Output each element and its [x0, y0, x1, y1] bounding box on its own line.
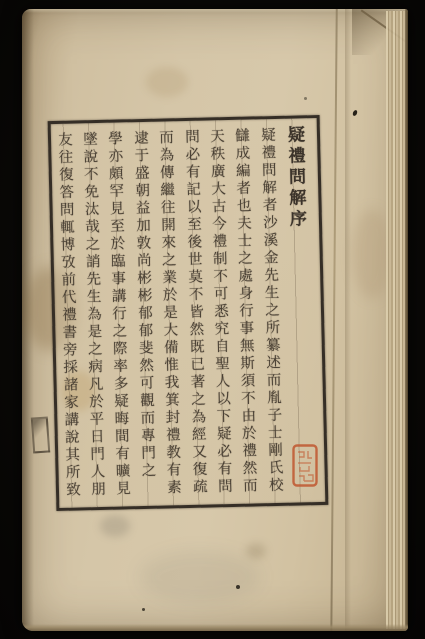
fold-crease: [330, 9, 338, 631]
text-frame: 疑禮問解序 疑禮問解者沙溪金先生之所纂述而胤子士剛氏校 讎成編者也夫士之處身行事…: [48, 115, 329, 511]
book-bottom-edge: [22, 624, 408, 631]
fold-ornament: [31, 416, 50, 453]
speck: [236, 585, 240, 589]
page-edges: [386, 11, 407, 629]
stain: [100, 515, 130, 537]
red-seal-stamp: [292, 444, 318, 487]
book: 疑禮問解序 疑禮問解者沙溪金先生之所纂述而胤子士剛氏校 讎成編者也夫士之處身行事…: [22, 9, 408, 631]
speck: [142, 608, 145, 611]
fold-shading: [345, 9, 351, 631]
book-right-edge: [405, 9, 408, 631]
stain: [146, 67, 188, 97]
stain: [140, 551, 260, 603]
stain: [246, 543, 266, 559]
speck: [352, 109, 358, 116]
photo-backdrop: 疑禮問解序 疑禮問解者沙溪金先生之所纂述而胤子士剛氏校 讎成編者也夫士之處身行事…: [0, 0, 425, 639]
speck: [304, 97, 307, 100]
title-column: 疑禮問解序: [278, 125, 311, 231]
